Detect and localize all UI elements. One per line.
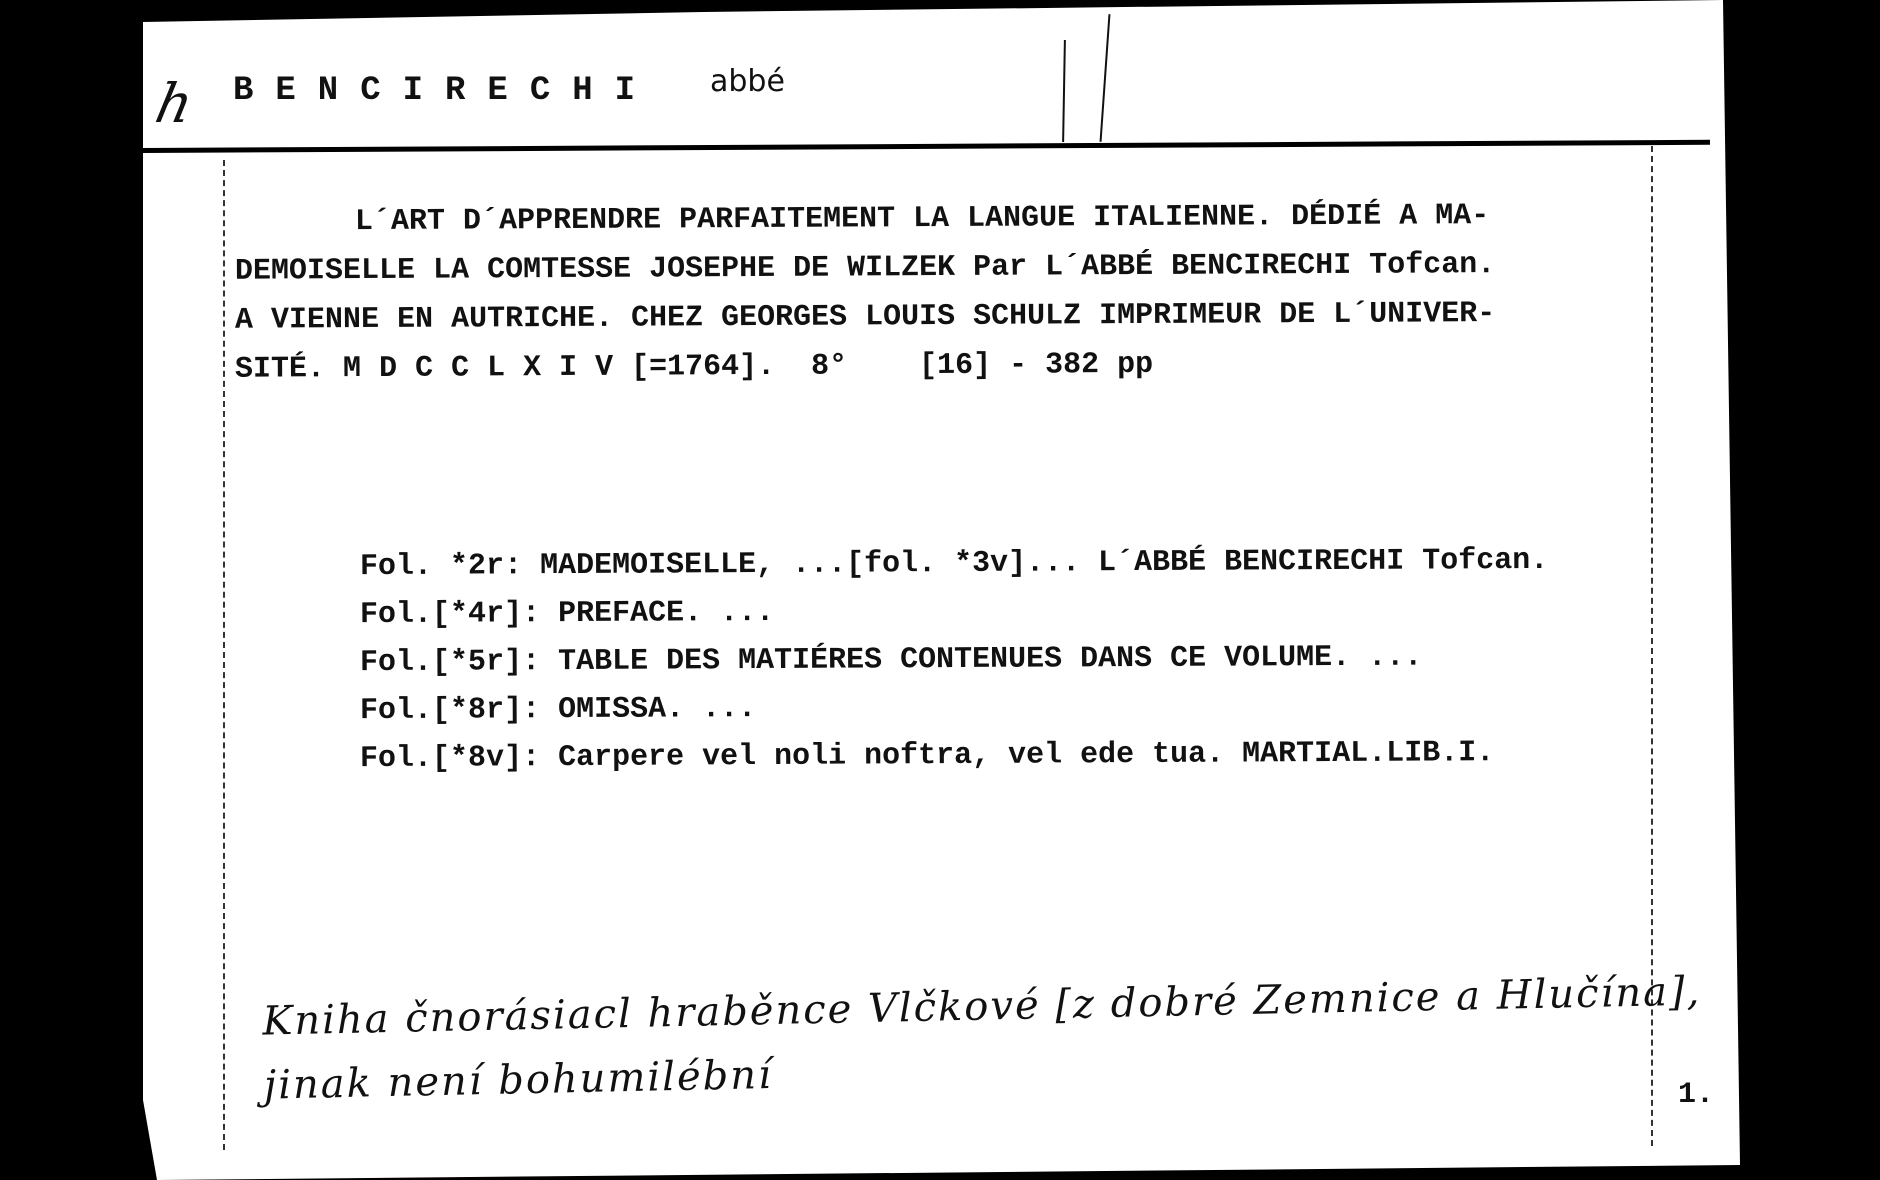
card-number: 1.: [1678, 1078, 1714, 1112]
folio-line: Fol.[*8v]: Carpere vel noli noftra, vel …: [360, 729, 1548, 783]
title-description: L´ART D´APPRENDRE PARFAITEMENT LA LANGUE…: [235, 195, 1655, 391]
title-line: DEMOISELLE LA COMTESSE JOSEPHE DE WILZEK…: [235, 240, 1655, 296]
title-line: L´ART D´APPRENDRE PARFAITEMENT LA LANGUE…: [235, 191, 1655, 247]
pencil-mark: [1062, 40, 1066, 142]
handwritten-note: Kniha čnorásiacl hraběnce Vlčkové [z dob…: [262, 960, 1664, 1117]
folio-line: Fol. *2r: MADEMOISELLE, ...[fol. *3v]...…: [360, 537, 1548, 591]
folio-line: Fol.[*8r]: OMISSA. ...: [360, 681, 1548, 735]
heading-author-name: BENCIRECHI: [233, 72, 657, 110]
handwritten-mark: h: [150, 72, 198, 135]
pencil-mark: [1100, 14, 1111, 142]
left-margin-line: [223, 160, 225, 1150]
title-line: A VIENNE EN AUTRICHE. CHEZ GEORGES LOUIS…: [235, 289, 1655, 345]
folio-line: Fol.[*4r]: PREFACE. ...: [360, 585, 1548, 639]
folio-line: Fol.[*5r]: TABLE DES MATIÉRES CONTENUES …: [360, 633, 1548, 687]
imprint-line: SITÉ. M D C C L X I V [=1764]. 8° [16] -…: [235, 338, 1655, 394]
header-divider: [143, 140, 1710, 153]
folio-contents: Fol. *2r: MADEMOISELLE, ...[fol. *3v]...…: [360, 540, 1548, 780]
heading-author-title: abbé: [710, 64, 785, 99]
catalog-card: h BENCIRECHI abbé L´ART D´APPRENDRE PARF…: [143, 0, 1740, 1180]
